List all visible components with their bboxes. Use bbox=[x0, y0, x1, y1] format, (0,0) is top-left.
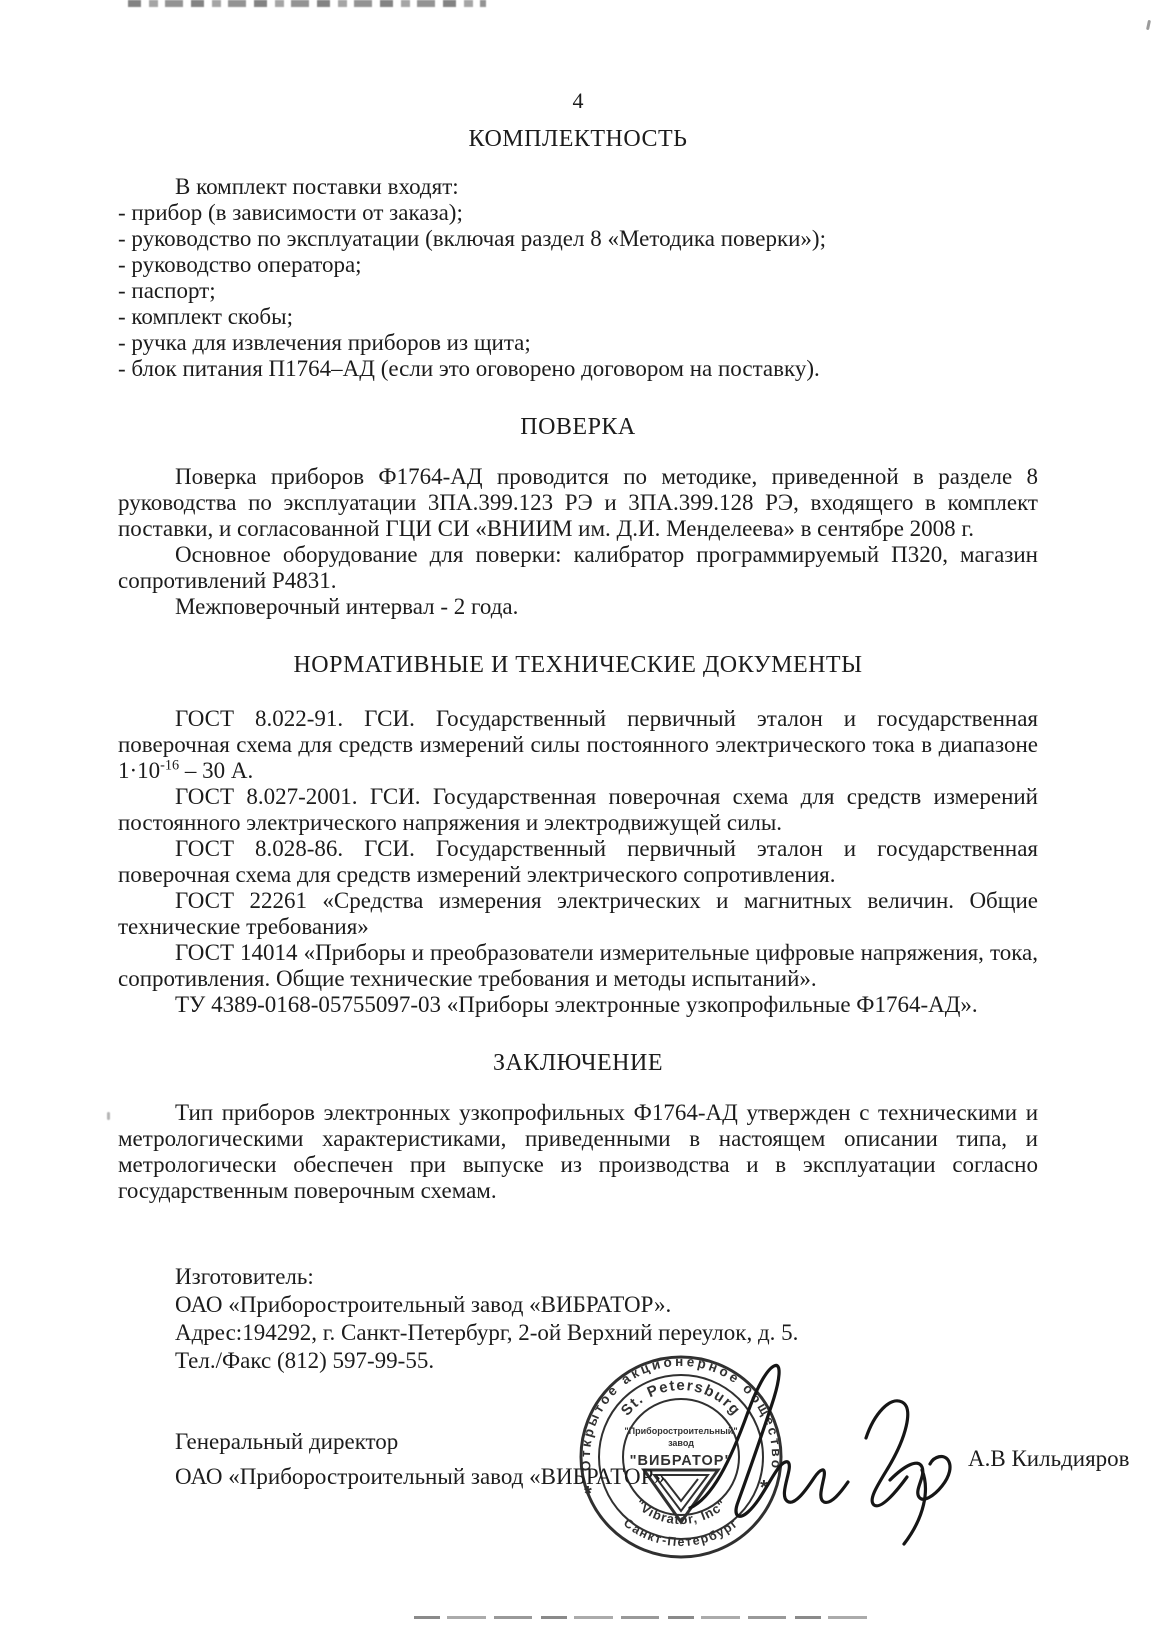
paragraph: Тип приборов электронных узкопрофильных … bbox=[118, 1100, 1038, 1204]
document-page: 4 КОМПЛЕКТНОСТЬ В комплект поставки вход… bbox=[0, 0, 1172, 1652]
gost-8022-suffix: – 30 А. bbox=[179, 758, 253, 783]
signature-stroke-2 bbox=[866, 1401, 908, 1506]
paragraph: Поверка приборов Ф1764-АД проводится по … bbox=[118, 464, 1038, 542]
manufacturer-company: ОАО «Приборостроительный завод «ВИБРАТОР… bbox=[175, 1291, 798, 1319]
normative-section: ГОСТ 8.022-91. ГСИ. Государственный перв… bbox=[118, 706, 1038, 1018]
director-name: А.В Кильдияров bbox=[968, 1446, 1130, 1472]
paragraph: ГОСТ 8.028-86. ГСИ. Государственный перв… bbox=[118, 836, 1038, 888]
komplektnost-section: В комплект поставки входят: - прибор (в … bbox=[118, 174, 1038, 382]
section-title-normative: НОРМАТИВНЫЕ И ТЕХНИЧЕСКИЕ ДОКУМЕНТЫ bbox=[118, 652, 1038, 679]
zakljuchenie-section: Тип приборов электронных узкопрофильных … bbox=[118, 1100, 1038, 1204]
manufacturer-label: Изготовитель: bbox=[175, 1263, 798, 1291]
list-item: - прибор (в зависимости от заказа); bbox=[118, 200, 1038, 226]
list-item: - руководство оператора; bbox=[118, 252, 1038, 278]
list-item: - руководство по эксплуатации (включая р… bbox=[118, 226, 1038, 252]
komplektnost-intro: В комплект поставки входят: bbox=[118, 174, 1038, 200]
list-item: - паспорт; bbox=[118, 278, 1038, 304]
poverka-section: Поверка приборов Ф1764-АД проводится по … bbox=[118, 464, 1038, 620]
section-title-poverka: ПОВЕРКА bbox=[118, 414, 1038, 441]
gost-8022-prefix: ГОСТ 8.022-91. ГСИ. Государственный перв… bbox=[118, 706, 1038, 783]
paragraph: ГОСТ 14014 «Приборы и преобразователи из… bbox=[118, 940, 1038, 992]
signature-stroke-3 bbox=[890, 1457, 950, 1500]
scan-artifact-left-speck bbox=[107, 1112, 110, 1120]
paragraph: ГОСТ 8.027-2001. ГСИ. Государственная по… bbox=[118, 784, 1038, 836]
gost-8022-superscript: -16 bbox=[160, 757, 179, 773]
paragraph: ТУ 4389-0168-05755097-03 «Приборы электр… bbox=[118, 992, 1038, 1018]
paragraph-gost-8022: ГОСТ 8.022-91. ГСИ. Государственный перв… bbox=[118, 706, 1038, 784]
section-title-zakljuchenie: ЗАКЛЮЧЕНИЕ bbox=[118, 1050, 1038, 1077]
paragraph: ГОСТ 22261 «Средства измерения электриче… bbox=[118, 888, 1038, 940]
paragraph: Основное оборудование для поверки: калиб… bbox=[118, 542, 1038, 594]
signature-stroke-1 bbox=[690, 1365, 848, 1516]
list-item: - блок питания П1764–АД (если это оговор… bbox=[118, 356, 1038, 382]
scan-artifact-top-right-tick bbox=[1146, 20, 1151, 30]
list-item: - ручка для извлечения приборов из щита; bbox=[118, 330, 1038, 356]
signature bbox=[660, 1350, 970, 1560]
section-title-komplektnost: КОМПЛЕКТНОСТЬ bbox=[118, 126, 1038, 153]
scan-artifact-bottom-fragment bbox=[414, 1616, 874, 1619]
stamp-star-left: * bbox=[584, 1483, 592, 1505]
scan-artifact-top-fragment bbox=[128, 0, 486, 7]
paragraph: Межповерочный интервал - 2 года. bbox=[118, 594, 1038, 620]
signature-strokes bbox=[660, 1350, 970, 1560]
page-number: 4 bbox=[118, 88, 1038, 114]
list-item: - комплект скобы; bbox=[118, 304, 1038, 330]
